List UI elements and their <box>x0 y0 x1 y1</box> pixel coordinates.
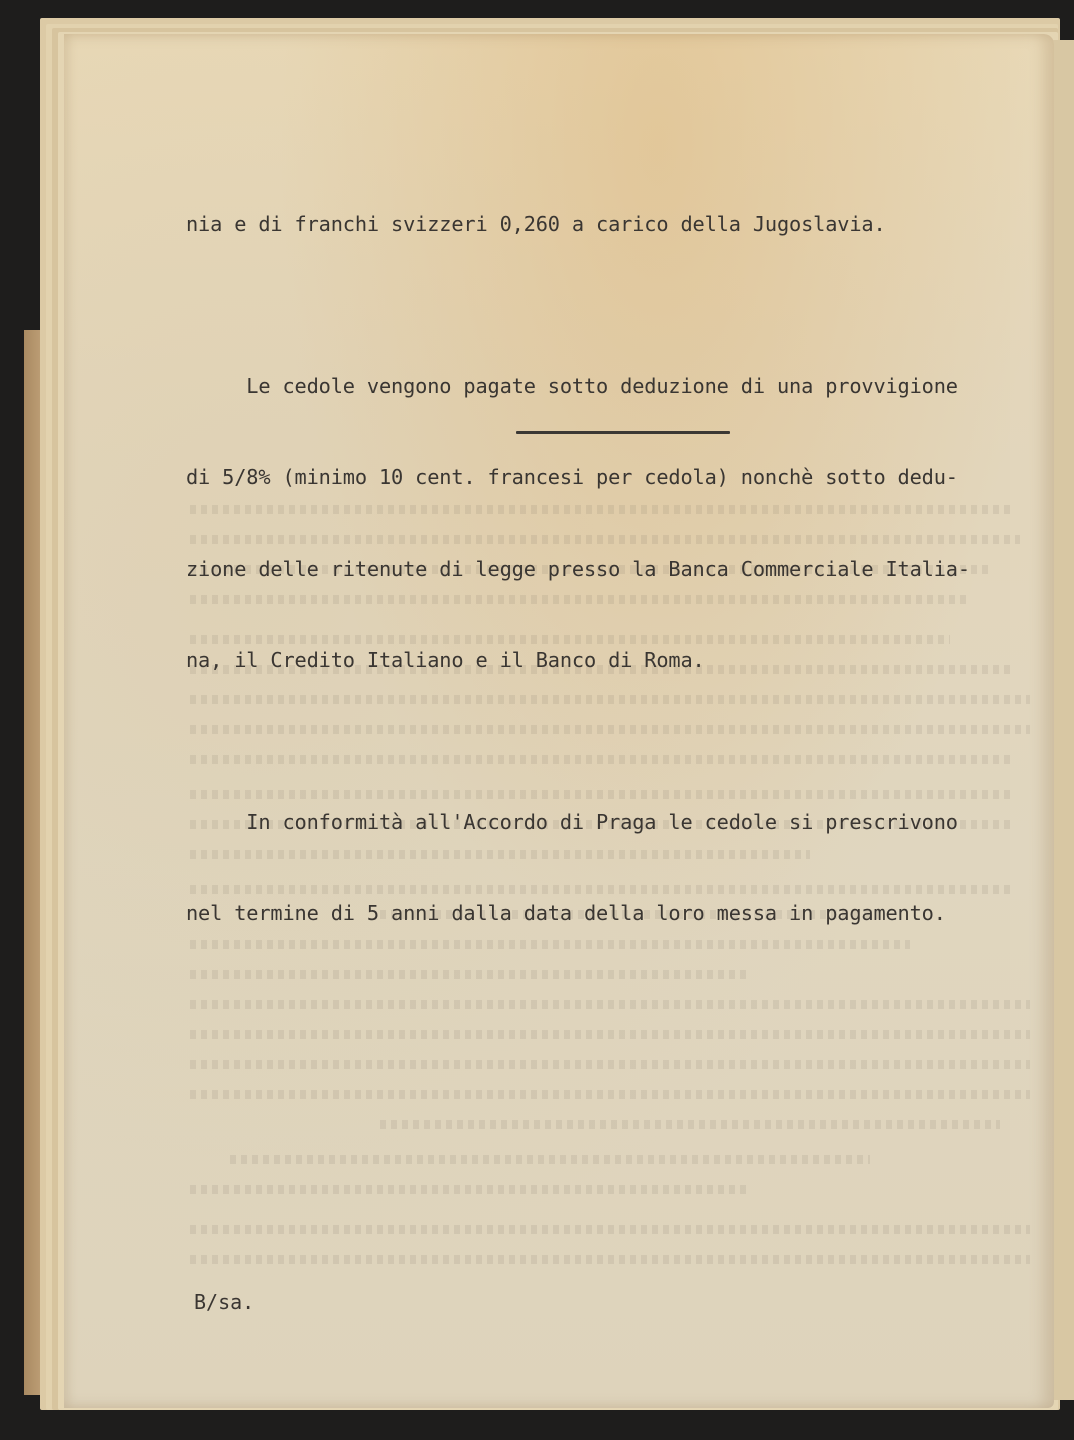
text-line: di 5/8% (minimo 10 cent. francesi per ce… <box>186 462 1046 493</box>
text-line: In conformità all'Accordo di Praga le ce… <box>186 807 1046 838</box>
text-line: Le cedole vengono pagate sotto deduzione… <box>186 371 1046 402</box>
text-line: nia e di franchi svizzeri 0,260 a carico… <box>186 209 1046 240</box>
text-line: zione delle ritenute di legge presso la … <box>186 554 1046 585</box>
closing-reference: B/sa. <box>194 1290 254 1314</box>
horizontal-rule <box>516 431 730 434</box>
scanned-document: nia e di franchi svizzeri 0,260 a carico… <box>0 0 1074 1440</box>
text-line: nel termine di 5 anni dalla data della l… <box>186 898 1046 929</box>
text-line: na, il Credito Italiano e il Banco di Ro… <box>186 645 1046 676</box>
document-body: nia e di franchi svizzeri 0,260 a carico… <box>186 148 1046 990</box>
